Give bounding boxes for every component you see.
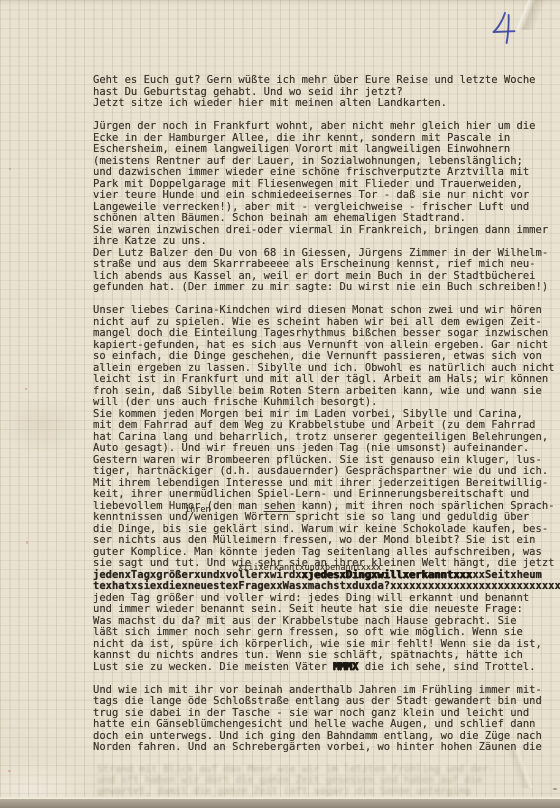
text-line: Auto gesagt). Und wir freuen uns jeden T… [93,443,560,455]
photographed-letter-page: { "colors": { "paper": "#e9e2d1", "grid_… [0,0,560,808]
text-line: und immer wieder benannt sein. Seit heut… [93,604,560,616]
text-line: Geht es Euch gut? Gern wüßte ich mehr üb… [93,75,560,87]
text-line: Jürgen der noch in Frankfurt wohnt, aber… [93,121,560,133]
text-line: so einfach, die Dinge geschehen, die Ver… [93,351,560,363]
text-line: und dazwischen immer wieder eine schöne … [93,167,560,179]
paper-speck [26,541,28,544]
text-line: Lust sie zu wecken. Die meisten Väter MM… [93,662,560,674]
handwritten-4-glyph [489,9,519,47]
text-line: läßt sich immer noch sehr gern fressen, … [93,627,560,639]
paper-speck [25,388,27,390]
text-line: tiger, hartnäckiger (d.h. ausdauernder) … [93,466,560,478]
graph-paper-sheet: 4 Geht es Euch gut? Gern wüßte ich mehr … [0,0,560,799]
text-line: schönen alten Bäumen. Schon beinah am eh… [93,213,560,225]
text-line: vier teure Hunde und ein schmiedeeiserne… [93,190,560,202]
letter-body: Geht es Euch gut? Gern wüßte ich mehr üb… [93,75,560,754]
paragraph: Und wie ich mit ihr vor beinah anderthal… [93,685,560,754]
text-line: kenntnissen und/wenigen Wörtern spricht … [93,512,560,524]
typed-interline-insertion: xiiixerkanntxundxbenanntxxxx [238,564,381,573]
text-line: ihre Katze zu uns. [93,236,560,248]
crossed-out-line: texhatxsiexdiexneuestexFragexxWasxmachst… [93,581,560,593]
text-line: mangel doch die Einteilung Tagesrhythmus… [93,328,560,340]
paragraph: Unser liebes Carina-Kindchen wird diesen… [93,305,560,673]
text-line: Norden fahren. Und an Schrebergärten vor… [93,742,560,754]
paragraph: Geht es Euch gut? Gern wüßte ich mehr üb… [93,75,560,110]
typed-interline-insertion: ihren [185,506,211,515]
text-line: leicht ist in Frankfurt und mit all der … [93,374,560,386]
paper-speck [9,168,11,170]
text-line: will (der uns auch frische Kuhmilch beso… [93,397,560,409]
text-line: Jetzt sitze ich wieder hier mit meinen a… [93,98,560,110]
text-line: Eschersheim, einem langweiligen Vorort m… [93,144,560,156]
text-line: Unser liebes Carina-Kindchen wird diesen… [93,305,560,317]
paper-bottom-edge [0,797,560,808]
text-line: ser nichts aus den Mülleimern fressen, w… [93,535,560,547]
show-through-line: und oft haben wir dort die ganze Zeit ge… [97,776,557,787]
paper-speck [8,770,11,772]
text-line: kannst du nichts andres tun. Wenn sie sc… [93,650,560,662]
text-line: keit, ihrer unermüdlichen Spiel-Lern- un… [93,489,560,501]
text-line: mit dem Fahrrad auf dem Weg zu Krabbelst… [93,420,560,432]
overstruck-word: MMMX [333,661,358,673]
text-line: straße und aus dem Skarrrabeeee als Ersc… [93,259,560,271]
text-line: gefunden hat. (Der immer zu mir sagte: D… [93,282,560,294]
text-line: hatte ein Gänseblümchengesicht und helle… [93,719,560,731]
underlined-word: sehen [264,500,296,512]
text-line: tags die lange öde Schloßstraße entlang … [93,696,560,708]
page-number-handwritten: 4 [489,9,519,47]
paragraph: Jürgen der noch in Frankfurt wohnt, aber… [93,121,560,294]
